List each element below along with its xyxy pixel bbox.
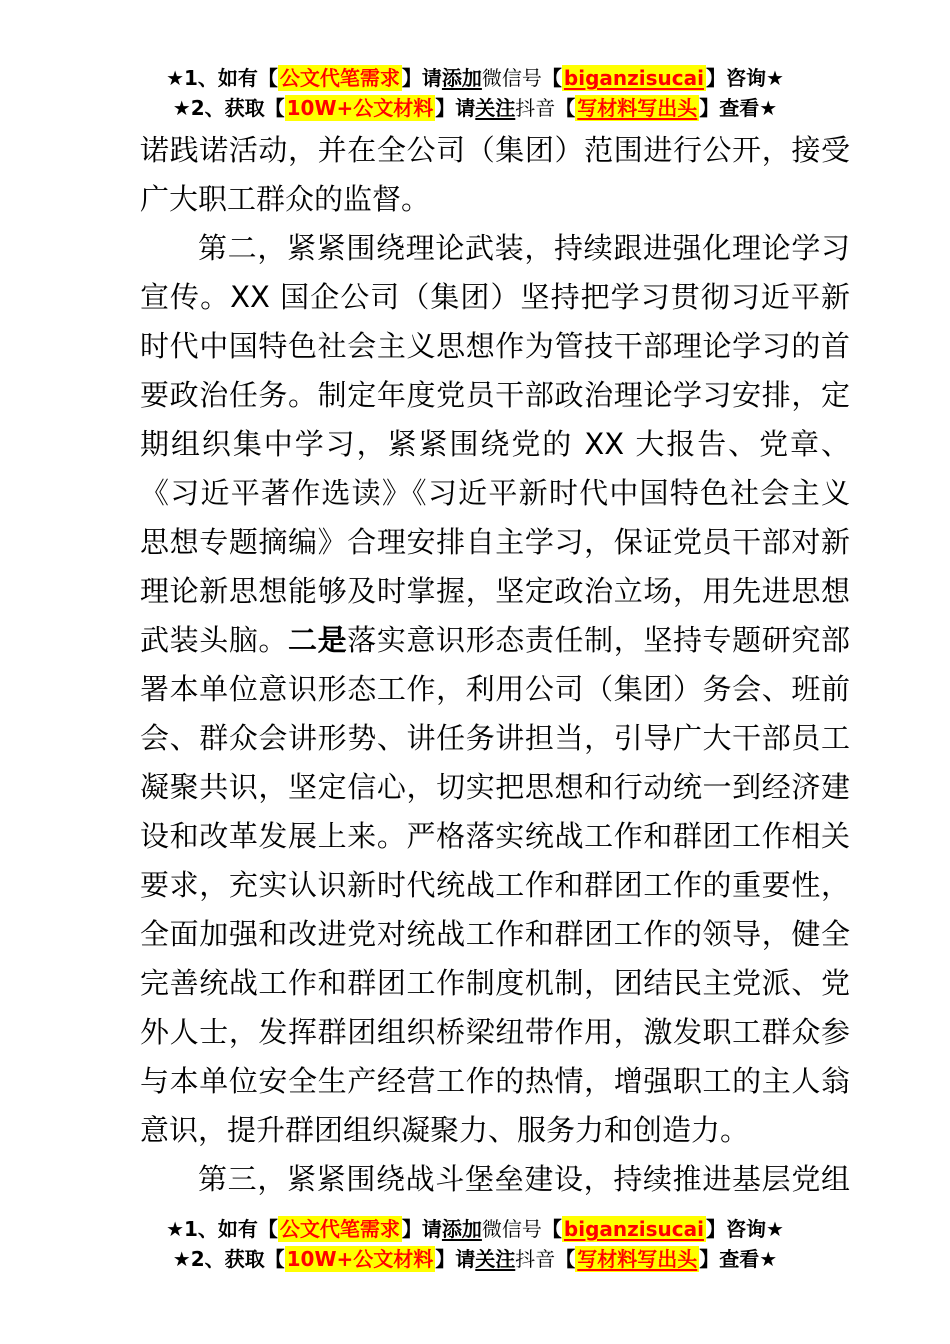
banner-line-2: ★2、获取【10W+公文材料】请关注抖音【写材料写出头】查看★: [0, 93, 950, 123]
document-page: { "page": { "background_color": "#ffffff…: [0, 0, 950, 1344]
banner-text: 抖音: [515, 96, 555, 120]
paragraph-2: 第二，紧紧围绕理论武装，持续跟进强化理论学习宣传。XX 国企公司（集团）坚持把学…: [140, 224, 850, 1155]
banner-suffix: 】咨询★: [706, 66, 784, 90]
banner-text: 【: [555, 96, 575, 120]
banner-suffix: 】查看★: [699, 1247, 777, 1271]
document-body: 诺践诺活动，并在全公司（集团）范围进行公开，接受广大职工群众的监督。第二，紧紧围…: [140, 126, 850, 1212]
banner-suffix: 】查看★: [699, 96, 777, 120]
banner-text: 微信号: [482, 1217, 542, 1241]
banner-text: 】请: [435, 1247, 475, 1271]
banner-line-1: ★1、如有【公文代笔需求】请添加微信号【biganzisucai】咨询★: [0, 63, 950, 93]
banner-line-2: ★2、获取【10W+公文材料】请关注抖音【写材料写出头】查看★: [0, 1244, 950, 1274]
promo-banner-bottom: ★1、如有【公文代笔需求】请添加微信号【biganzisucai】咨询★★2、获…: [0, 1214, 950, 1274]
text-run: 诺践诺活动，并在全公司（集团）范围进行公开，接受广大职工群众的监督。: [140, 133, 850, 216]
material-keyword-highlight: 10W+公文材料: [285, 1246, 436, 1272]
paragraph-3: 第三，紧紧围绕战斗堡垒建设，持续推进基层党组织标准化规范化建设。始终坚持党管干部…: [140, 1155, 850, 1212]
banner-text: 【: [542, 1217, 562, 1241]
text-run: 第二，紧紧围绕理论武装，持续跟进强化理论学习宣传。XX 国企公司（集团）坚持把学…: [140, 231, 850, 657]
paragraph-1: 诺践诺活动，并在全公司（集团）范围进行公开，接受广大职工群众的监督。: [140, 126, 850, 224]
bold-text-run: 二是: [288, 623, 347, 657]
banner-text: 【: [555, 1247, 575, 1271]
banner-prefix: ★1、如有【: [166, 66, 278, 90]
banner-prefix: ★2、获取【: [173, 96, 285, 120]
banner-text: 】请: [402, 1217, 442, 1241]
banner-text: 微信号: [482, 66, 542, 90]
service-keyword-highlight: 公文代笔需求: [278, 65, 402, 91]
banner-prefix: ★1、如有【: [166, 1217, 278, 1241]
text-run: 第三，紧紧围绕战斗堡垒建设，持续推进基层党组织标准化规范化建设。始终坚持党管干部…: [140, 1162, 850, 1212]
banner-text: 】请: [435, 96, 475, 120]
material-keyword-highlight: 10W+公文材料: [285, 95, 436, 121]
douyin-account-highlight: 写材料写出头: [575, 1246, 699, 1272]
banner-text: 】请: [402, 66, 442, 90]
service-keyword-highlight: 公文代笔需求: [278, 1216, 402, 1242]
add-action-underlined: 添加: [442, 66, 482, 90]
banner-suffix: 】咨询★: [706, 1217, 784, 1241]
banner-prefix: ★2、获取【: [173, 1247, 285, 1271]
banner-line-1: ★1、如有【公文代笔需求】请添加微信号【biganzisucai】咨询★: [0, 1214, 950, 1244]
promo-banner-top: ★1、如有【公文代笔需求】请添加微信号【biganzisucai】咨询★★2、获…: [0, 63, 950, 123]
follow-action-underlined: 关注: [475, 96, 515, 120]
follow-action-underlined: 关注: [475, 1247, 515, 1271]
banner-text: 【: [542, 66, 562, 90]
banner-text: 抖音: [515, 1247, 555, 1271]
wechat-id-highlight: biganzisucai: [562, 1216, 706, 1242]
douyin-account-highlight: 写材料写出头: [575, 95, 699, 121]
add-action-underlined: 添加: [442, 1217, 482, 1241]
text-run: 落实意识形态责任制，坚持专题研究部署本单位意识形态工作，利用公司（集团）务会、班…: [140, 623, 850, 1147]
wechat-id-highlight: biganzisucai: [562, 65, 706, 91]
